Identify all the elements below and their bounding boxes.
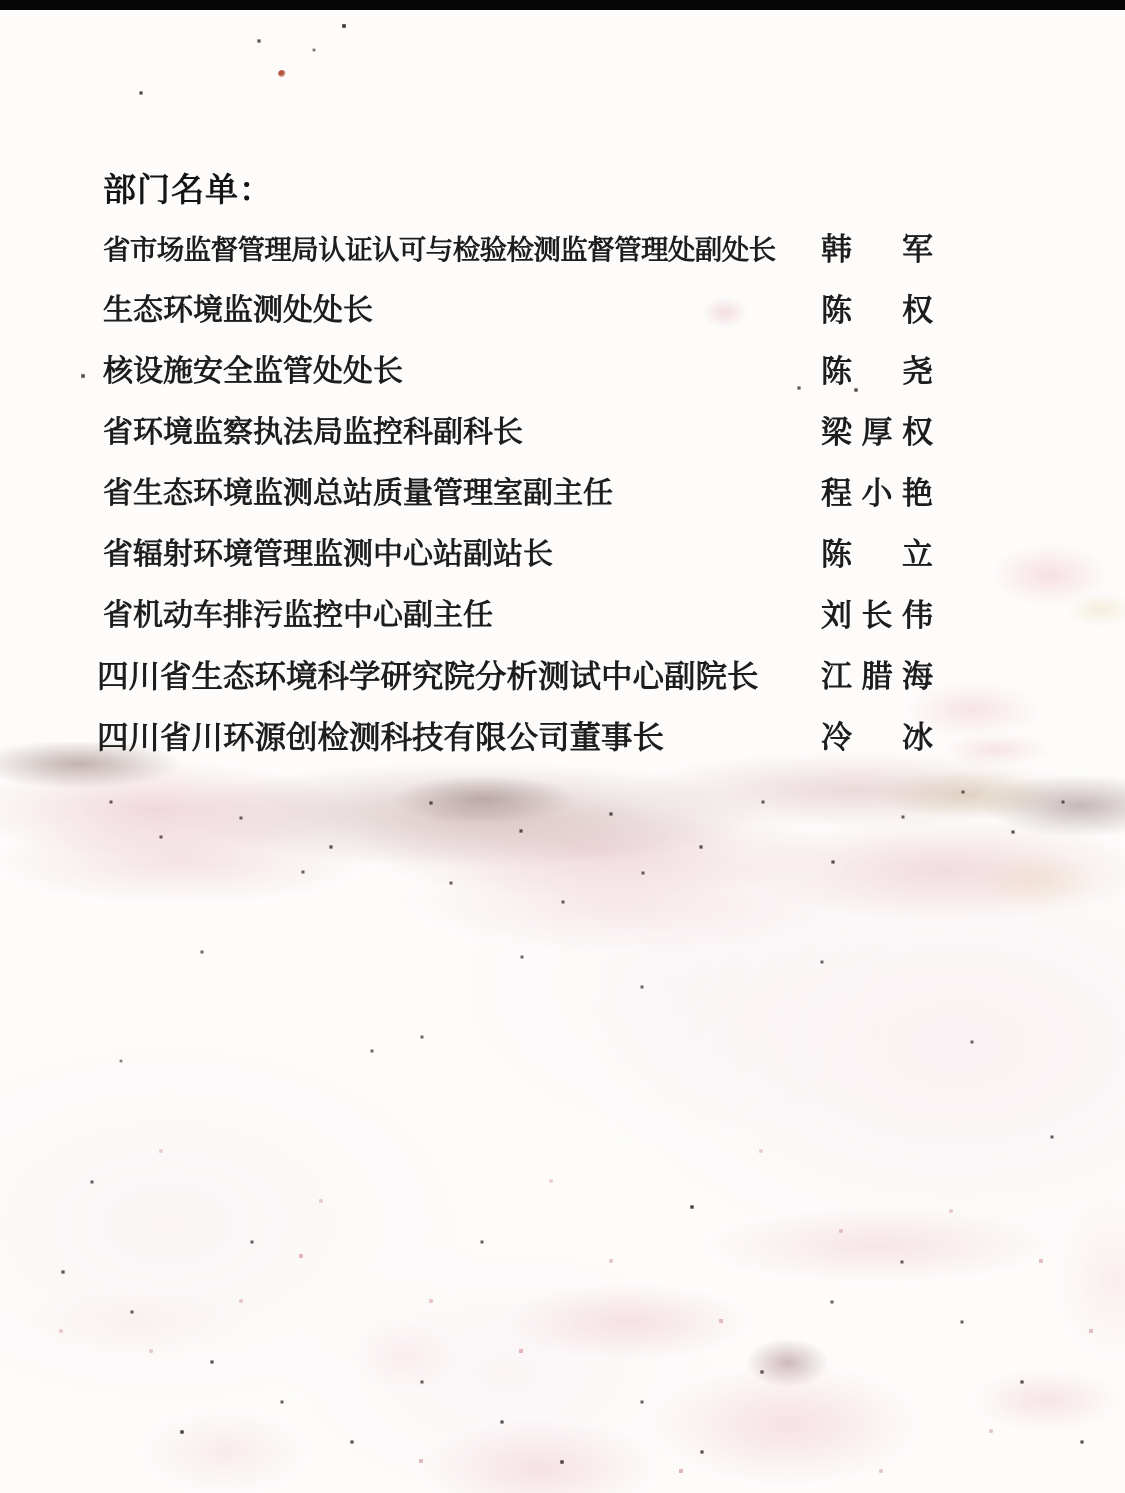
role-title: 省机动车排污监控中心副主任: [103, 599, 493, 633]
role-title: 省环境监察执法局监控科副科长: [103, 416, 523, 450]
role-title: 省生态环境监测总站质量管理室副主任: [103, 477, 613, 511]
scanner-edge-artifact: [0, 0, 1125, 10]
person-name: 陈立: [821, 538, 933, 572]
role-title: 省辐射环境管理监测中心站副站长: [103, 538, 553, 572]
bottom-page-stain: [0, 1150, 1125, 1493]
list-item: 省环境监察执法局监控科副科长 梁厚权: [103, 416, 933, 450]
scanned-document-page: 部门名单： 省市场监督管理局认证认可与检验检测监督管理处副处长 韩军 生态环境监…: [0, 0, 1125, 1493]
list-item: 省市场监督管理局认证认可与检验检测监督管理处副处长 韩军: [103, 233, 933, 267]
list-item: 四川省生态环境科学研究院分析测试中心副院长 江腊海: [97, 660, 933, 694]
department-list: 部门名单： 省市场监督管理局认证认可与检验检测监督管理处副处长 韩军 生态环境监…: [103, 170, 933, 782]
list-item: 省辐射环境管理监测中心站副站长 陈立: [103, 538, 933, 572]
list-item: 省机动车排污监控中心副主任 刘长伟: [103, 599, 933, 633]
person-name: 韩军: [821, 233, 933, 267]
person-name: 陈权: [821, 294, 933, 328]
person-name: 程小艳: [821, 477, 933, 511]
list-item: 生态环境监测处处长 陈权: [103, 294, 933, 328]
role-title: 省市场监督管理局认证认可与检验检测监督管理处副处长: [103, 233, 776, 267]
red-fleck-artifact: [278, 70, 286, 77]
list-item: 四川省川环源创检测科技有限公司董事长 冷冰: [97, 721, 933, 755]
person-name: 刘长伟: [821, 599, 933, 633]
role-title: 四川省生态环境科学研究院分析测试中心副院长: [97, 660, 759, 694]
role-title: 生态环境监测处处长: [103, 294, 373, 328]
person-name: 冷冰: [821, 721, 933, 755]
list-item: 核设施安全监管处处长 陈尧: [103, 355, 933, 389]
person-name: 江腊海: [821, 660, 933, 694]
list-heading: 部门名单：: [103, 170, 933, 210]
role-title: 四川省川环源创检测科技有限公司董事长: [97, 721, 664, 755]
person-name: 陈尧: [821, 355, 933, 389]
list-item: 省生态环境监测总站质量管理室副主任 程小艳: [103, 477, 933, 511]
person-name: 梁厚权: [821, 416, 933, 450]
department-rows: 省市场监督管理局认证认可与检验检测监督管理处副处长 韩军 生态环境监测处处长 陈…: [103, 233, 933, 755]
role-title: 核设施安全监管处处长: [103, 355, 403, 389]
